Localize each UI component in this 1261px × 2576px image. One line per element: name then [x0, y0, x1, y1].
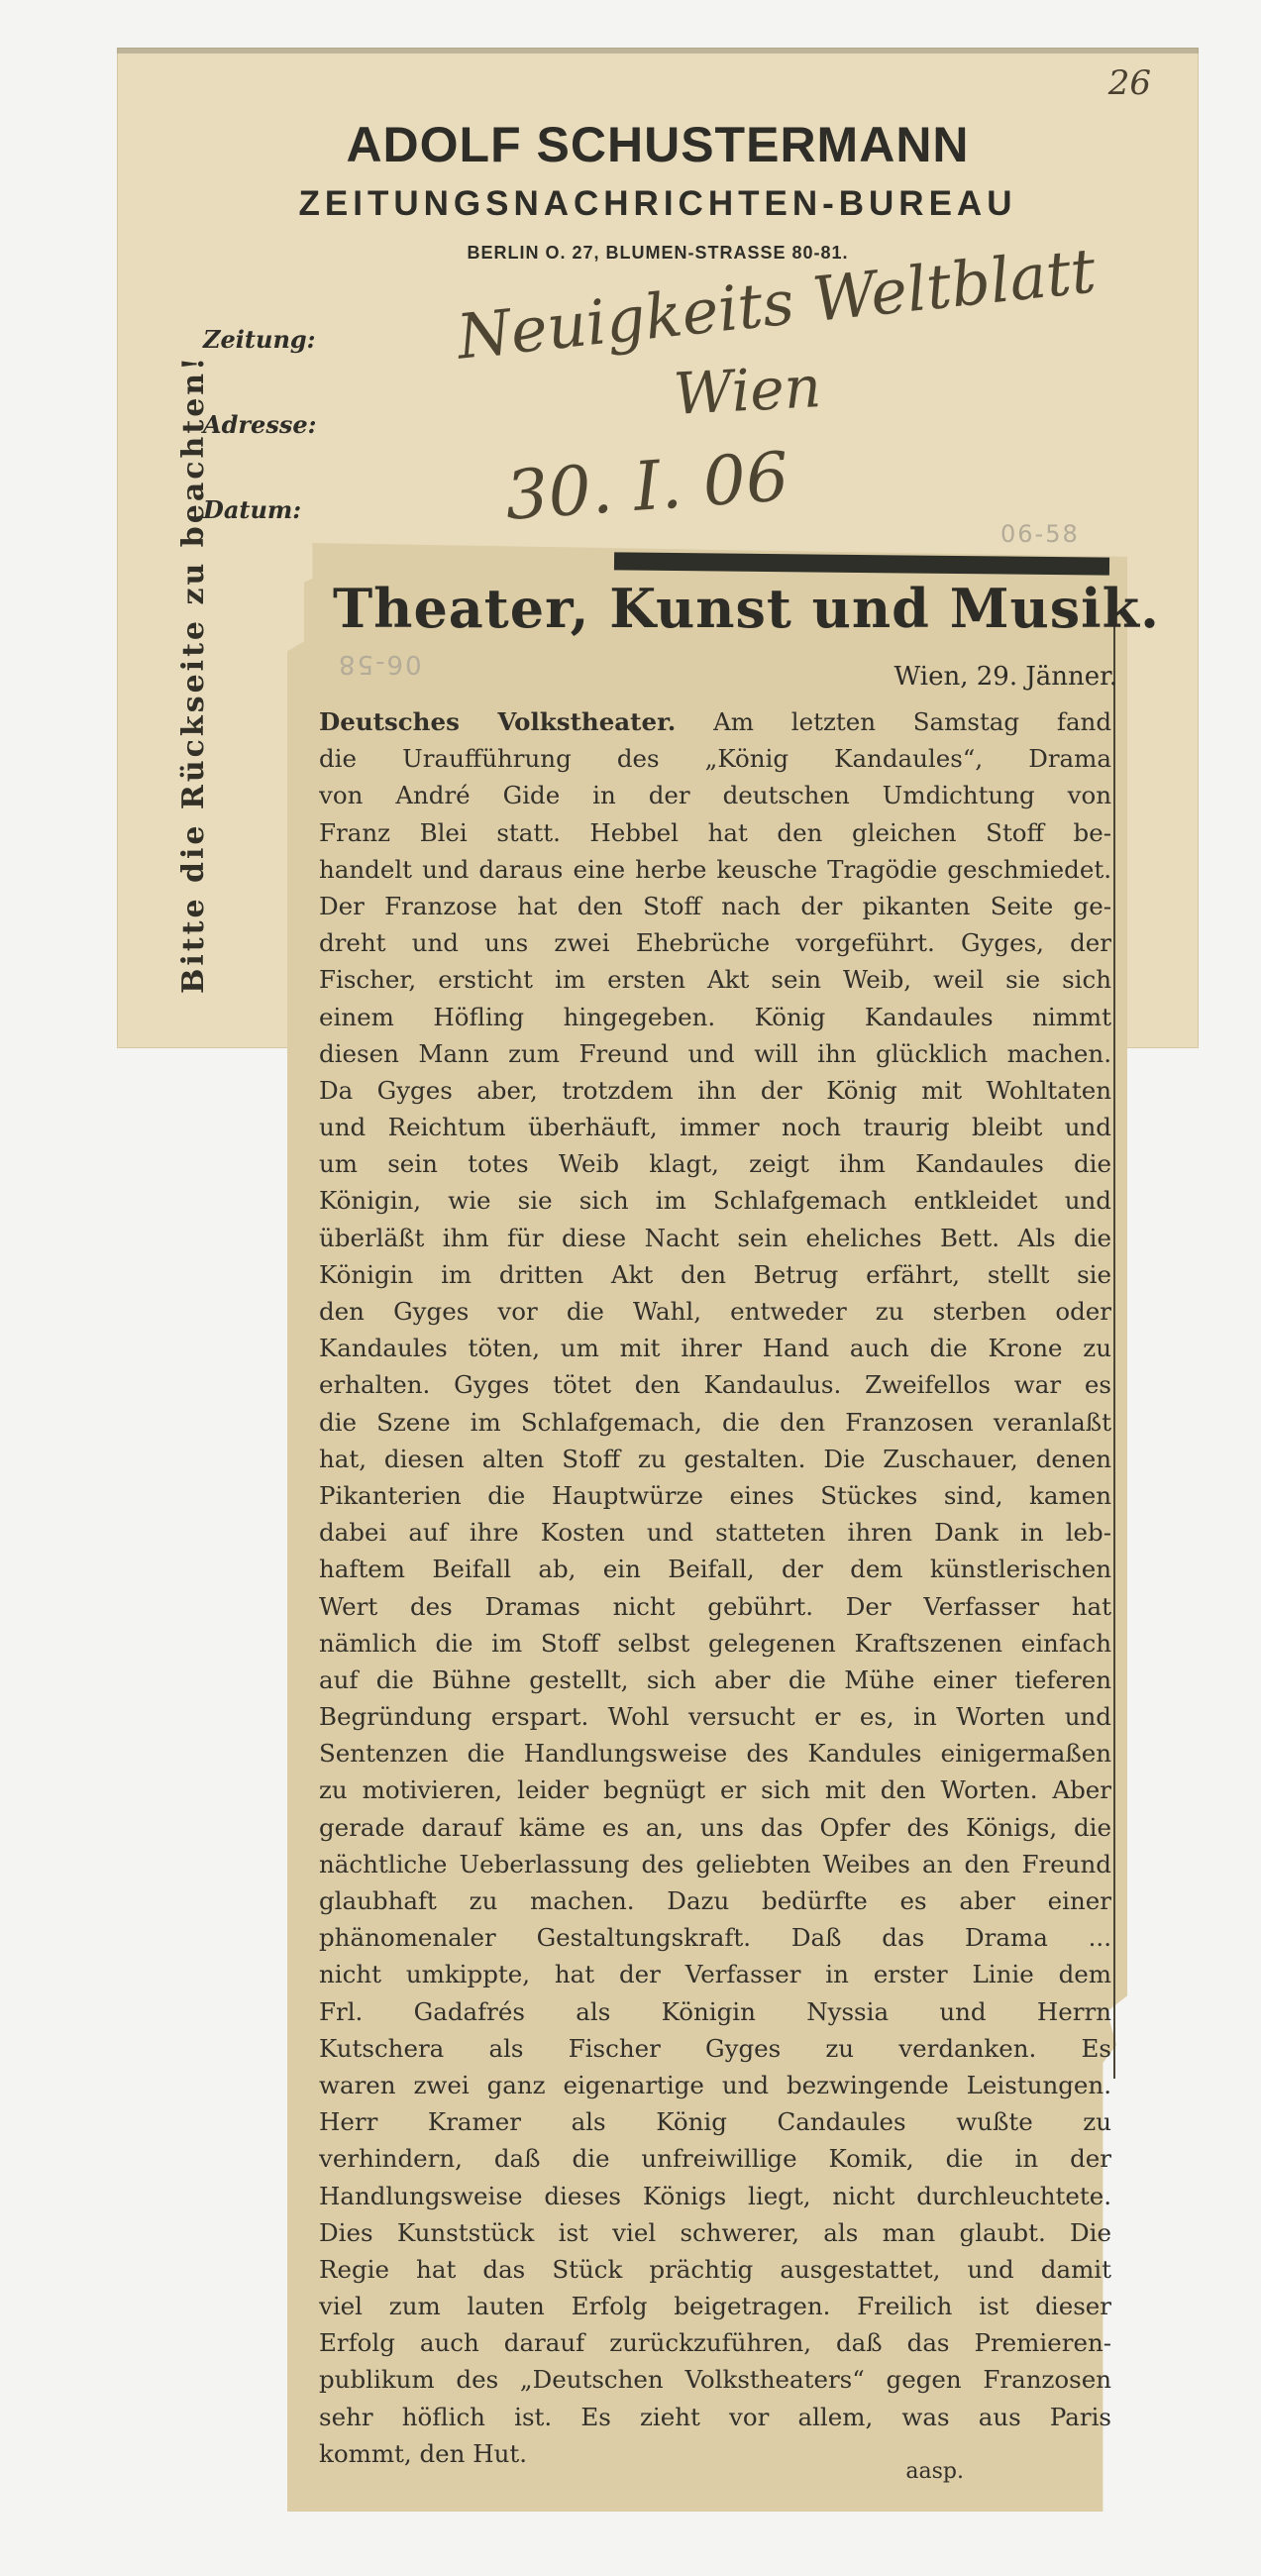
- article-line: nämlich die im Stoff selbst gelegenen Kr…: [319, 1625, 1111, 1662]
- article-line: Regie hat das Stück prächtig ausgestatte…: [319, 2251, 1111, 2288]
- article-line: Erfolg auch darauf zurückzuführen, daß d…: [319, 2324, 1111, 2361]
- article-line: Fischer, ersticht im ersten Akt sein Wei…: [319, 961, 1111, 998]
- article-line: Dies Kunststück ist viel schwerer, als m…: [319, 2214, 1111, 2251]
- archive-stamp: 06-58: [1000, 520, 1080, 548]
- clipping-stamp: 06-58: [337, 649, 422, 679]
- article-line: von André Gide in der deutschen Umdichtu…: [319, 777, 1111, 813]
- author-signature: aasp.: [905, 2459, 964, 2484]
- article-line: und Reichtum überhäuft, immer noch traur…: [319, 1109, 1111, 1145]
- article-line: phänomenaler Gestaltungskraft. Daß das D…: [319, 1919, 1111, 1956]
- article-line: zu motivieren, leider begnügt er sich mi…: [319, 1771, 1111, 1808]
- article-line: Handlungsweise dieses Königs liegt, nich…: [319, 2178, 1111, 2214]
- article-line: überläßt ihm für diese Nacht sein ehelic…: [319, 1220, 1111, 1256]
- page-number: 26: [1108, 63, 1151, 103]
- article-line: verhindern, daß die unfreiwillige Komik,…: [319, 2140, 1111, 2177]
- article-line: nicht umkippte, hat der Verfasser in ers…: [319, 1956, 1111, 1992]
- article-line: Franz Blei statt. Hebbel hat den gleiche…: [319, 814, 1111, 851]
- side-note: Bitte die Rückseite zu beachten!: [176, 355, 211, 994]
- field-label-datum: Datum:: [203, 495, 301, 524]
- article-line: Kutschera als Fischer Gyges zu verdanken…: [319, 2030, 1111, 2067]
- field-label-adresse: Adresse:: [203, 410, 316, 439]
- article-line: nächtliche Ueberlassung des geliebten We…: [319, 1846, 1111, 1882]
- article-line: dabei auf ihre Kosten und statteten ihre…: [319, 1514, 1111, 1551]
- article-line: Sentenzen die Handlungsweise des Kandule…: [319, 1735, 1111, 1771]
- article-line: hat, diesen alten Stoff zu gestalten. Di…: [319, 1441, 1111, 1477]
- article-line: sehr höflich ist. Es zieht vor allem, wa…: [319, 2399, 1111, 2435]
- article-line: viel zum lauten Erfolg beigetragen. Frei…: [319, 2288, 1111, 2324]
- article-line: publikum des „Deutschen Volkstheaters“ g…: [319, 2361, 1111, 2398]
- field-value-adresse: Wien: [672, 353, 822, 428]
- company-name: ADOLF SCHUSTERMANN: [117, 117, 1199, 172]
- section-title: Theater, Kunst und Musik.: [333, 577, 1115, 640]
- article-line: kommt, den Hut.: [319, 2435, 1111, 2472]
- article-line: Königin im dritten Akt den Betrug erfähr…: [319, 1256, 1111, 1293]
- article-line: Pikanterien die Hauptwürze eines Stückes…: [319, 1477, 1111, 1514]
- article-line: gerade darauf käme es an, uns das Opfer …: [319, 1809, 1111, 1846]
- article-line: auf die Bühne gestellt, sich aber die Mü…: [319, 1662, 1111, 1698]
- article-line: Da Gyges aber, trotzdem ihn der König mi…: [319, 1072, 1111, 1109]
- article-line: haftem Beifall ab, ein Beifall, der dem …: [319, 1551, 1111, 1587]
- article-line: Frl. Gadafrés als Königin Nyssia und Her…: [319, 1993, 1111, 2030]
- article-line: Königin, wie sie sich im Schlafgemach en…: [319, 1182, 1111, 1219]
- article-body: Deutsches Volkstheater. Am letzten Samst…: [319, 703, 1111, 2472]
- field-label-zeitung: Zeitung:: [203, 325, 316, 354]
- article-line: die Szene im Schlafgemach, die den Franz…: [319, 1404, 1111, 1441]
- article-line: glaubhaft zu machen. Dazu bedürfte es ab…: [319, 1882, 1111, 1919]
- article-lead: Deutsches Volkstheater.: [319, 707, 676, 736]
- article-line: Begründung erspart. Wohl versucht er es,…: [319, 1698, 1111, 1735]
- article-line: dreht und uns zwei Ehebrüche vorgeführt.…: [319, 924, 1111, 961]
- article-line: um sein totes Weib klagt, zeigt ihm Kand…: [319, 1145, 1111, 1182]
- article-line: diesen Mann zum Freund und will ihn glüc…: [319, 1035, 1111, 1072]
- article-line: Deutsches Volkstheater. Am letzten Samst…: [319, 703, 1111, 740]
- column-rule: [1113, 592, 1115, 2079]
- article-line: handelt und daraus eine herbe keusche Tr…: [319, 851, 1111, 888]
- article-line: die Uraufführung des „König Kandaules“, …: [319, 740, 1111, 777]
- article-line: Wert des Dramas nicht gebührt. Der Verfa…: [319, 1588, 1111, 1625]
- article-line: den Gyges vor die Wahl, entweder zu ster…: [319, 1293, 1111, 1330]
- dateline: Wien, 29. Jänner.: [894, 662, 1118, 692]
- article-line: Der Franzose hat den Stoff nach der pika…: [319, 888, 1111, 924]
- article-line: Herr Kramer als König Candaules wußte zu: [319, 2103, 1111, 2140]
- article-line: waren zwei ganz eigenartige und bezwinge…: [319, 2067, 1111, 2103]
- article-line: erhalten. Gyges tötet den Kandaulus. Zwe…: [319, 1366, 1111, 1403]
- article-line: Kandaules töten, um mit ihrer Hand auch …: [319, 1330, 1111, 1366]
- article-line: einem Höfling hingegeben. König Kandaule…: [319, 999, 1111, 1035]
- company-subtitle: ZEITUNGSNACHRICHTEN-BUREAU: [117, 178, 1199, 230]
